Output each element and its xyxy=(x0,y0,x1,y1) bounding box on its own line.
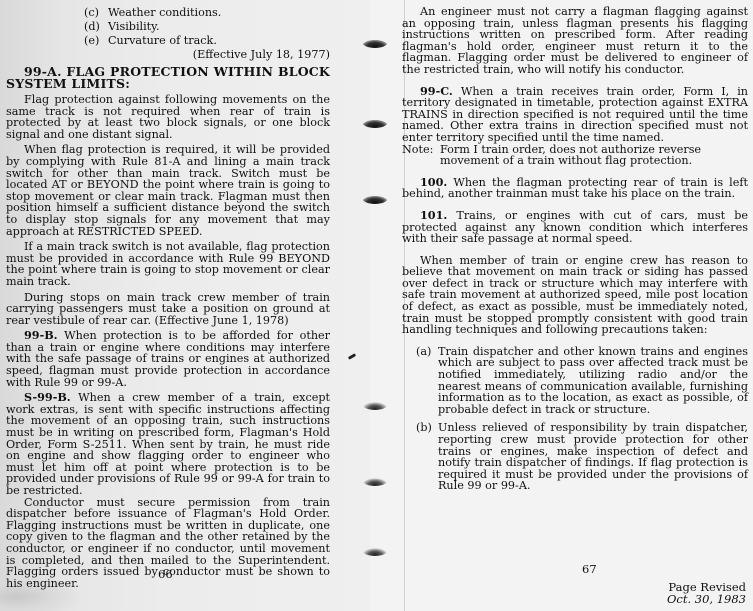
sublist-item: (a) Train dispatcher and other known tra… xyxy=(402,346,748,416)
rule-101: 101. Trains, or engines with cut of cars… xyxy=(402,210,748,245)
list-item: (c) Weather conditions. xyxy=(6,6,330,20)
paragraph: When flag protection is required, it wil… xyxy=(6,144,330,237)
paragraph: During stops on main track crew member o… xyxy=(6,292,330,327)
rule-text: When a train receives train order, Form … xyxy=(402,85,748,144)
note-label: Note: xyxy=(402,144,440,167)
list-text: Curvature of track. xyxy=(108,34,217,48)
paragraph: Flag protection against following moveme… xyxy=(6,94,330,140)
note: Note: Form I train order, does not autho… xyxy=(402,144,748,167)
sublist-text: Unless relieved of responsibility by tra… xyxy=(438,422,748,492)
list-text: Visibility. xyxy=(108,20,160,34)
list-marker: (c) xyxy=(84,6,108,20)
list-marker: (e) xyxy=(84,34,108,48)
revised-date: Oct. 30, 1983 xyxy=(640,594,746,606)
sublist-text: Train dispatcher and other known trains … xyxy=(438,346,748,416)
revision-notice: Page Revised Oct. 30, 1983 xyxy=(640,582,746,605)
sublist-item: (b) Unless relieved of responsibility by… xyxy=(402,422,748,492)
paragraph: When member of train or engine crew has … xyxy=(402,255,748,336)
note-text: Form I train order, does not authorize r… xyxy=(440,144,748,167)
rule-99c: 99-C. When a train receives train order,… xyxy=(402,86,748,144)
right-page-content: An engineer must not carry a flagman fla… xyxy=(402,6,748,499)
rule-s99b: S-99-B. When a crew member of a train, e… xyxy=(6,392,330,496)
rule-heading-99a: 99-A. FLAG PROTECTION WITHIN BLOCK SYSTE… xyxy=(6,66,330,90)
rule-text: When a crew member of a train, except wo… xyxy=(6,391,330,497)
rule-100: 100. When the flagman protecting rear of… xyxy=(402,177,748,200)
left-page-content: (c) Weather conditions. (d) Visibility. … xyxy=(6,6,330,589)
effective-date: (Effective July 18, 1977) xyxy=(6,48,330,62)
sublist-marker: (b) xyxy=(416,422,438,492)
list-marker: (d) xyxy=(84,20,108,34)
paragraph: An engineer must not carry a flagman fla… xyxy=(402,6,748,76)
rule-text: When the flagman protecting rear of trai… xyxy=(402,176,748,201)
page-number: 67 xyxy=(582,562,597,576)
list-text: Weather conditions. xyxy=(108,6,221,20)
page-number: 66 xyxy=(158,567,173,581)
rule-text: Trains, or engines with cut of cars, mus… xyxy=(402,209,748,245)
list-item: (e) Curvature of track. xyxy=(6,34,330,48)
list-item: (d) Visibility. xyxy=(6,20,330,34)
sublist-marker: (a) xyxy=(416,346,438,416)
paragraph: If a main track switch is not available,… xyxy=(6,241,330,287)
rule-99b: 99-B. When protection is to be afforded … xyxy=(6,330,330,388)
